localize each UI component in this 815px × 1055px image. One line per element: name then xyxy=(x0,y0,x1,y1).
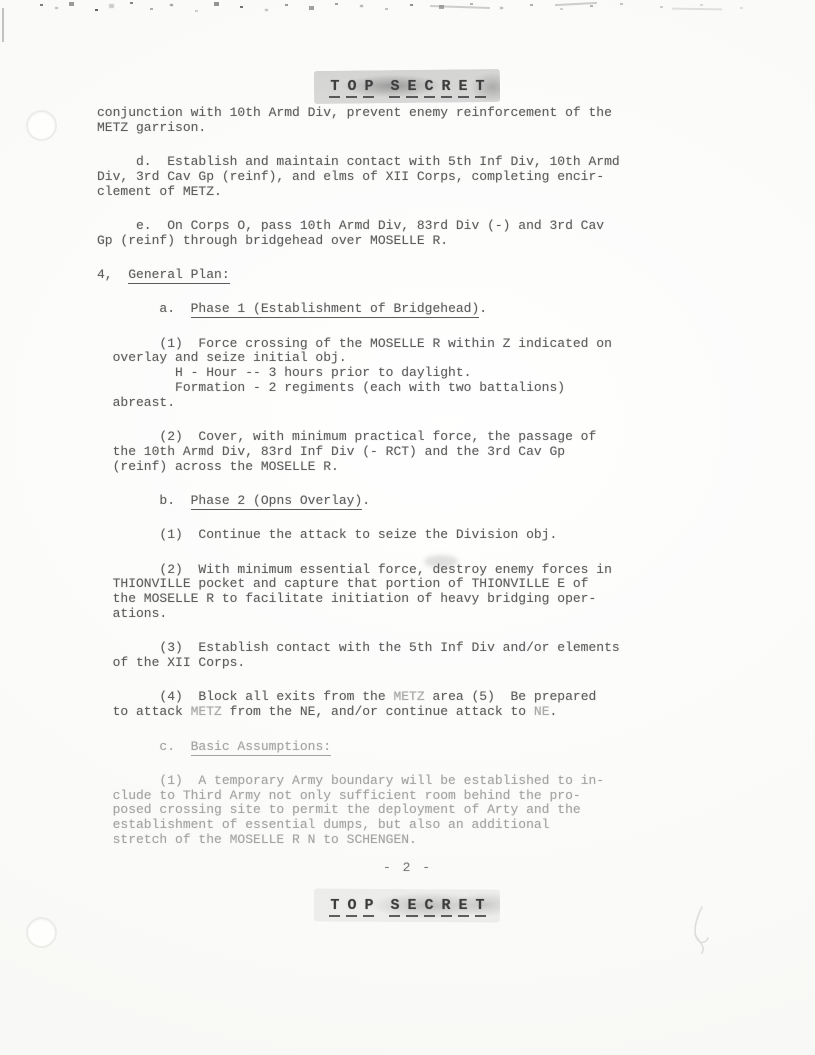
underlined-text: Phase 1 (Establishment of Bridgehead) xyxy=(191,301,480,318)
paragraph: (3) Establish contact with the 5th Inf D… xyxy=(97,641,620,671)
text-segment: . xyxy=(362,493,370,508)
text-line: establishment of essential dumps, but al… xyxy=(97,818,620,833)
text-line: the 10th Armd Div, 83rd Inf Div (- RCT) … xyxy=(97,445,620,460)
text-line: (3) Establish contact with the 5th Inf D… xyxy=(97,641,620,656)
text-line: b. Phase 2 (Opns Overlay). xyxy=(97,494,620,509)
text-line: (2) Cover, with minimum practical force,… xyxy=(97,430,620,445)
stamp-letter: E xyxy=(406,897,417,917)
text-line: Formation - 2 regiments (each with two b… xyxy=(97,381,620,396)
text-segment: b. xyxy=(97,493,191,508)
text-segment: (4) Block all exits from the xyxy=(97,689,393,704)
top-secret-stamp-top: TOPSECRET xyxy=(0,70,815,103)
text-line: conjunction with 10th Armd Div, prevent … xyxy=(97,106,620,121)
text-line: to attack METZ from the NE, and/or conti… xyxy=(97,705,620,720)
stamp-letter: R xyxy=(441,897,452,917)
underlined-text: General Plan: xyxy=(128,267,229,284)
text-line: clement of METZ. xyxy=(97,185,620,200)
scan-noise-dash xyxy=(672,8,722,11)
paragraph: (1) A temporary Army boundary will be es… xyxy=(97,774,620,848)
stamp-letter: E xyxy=(406,78,417,98)
paragraph: a. Phase 1 (Establishment of Bridgehead)… xyxy=(97,302,620,317)
stamp-letter: E xyxy=(458,897,469,917)
text-line: METZ garrison. xyxy=(97,121,620,136)
page-number: - 2 - xyxy=(0,860,815,875)
stamp-letter: T xyxy=(329,78,340,98)
text-line: c. Basic Assumptions: xyxy=(97,740,620,755)
classification-stamp-text: TOPSECRET xyxy=(314,70,500,103)
punch-hole xyxy=(26,110,57,141)
document-page: TOPSECRET conjunction with 10th Armd Div… xyxy=(0,0,815,1055)
text-line: posed crossing site to permit the deploy… xyxy=(97,803,620,818)
text-line: stretch of the MOSELLE R N to SCHENGEN. xyxy=(97,833,620,848)
stamp-letter: R xyxy=(441,78,452,98)
text-line: (1) Continue the attack to seize the Div… xyxy=(97,528,620,543)
document-body: conjunction with 10th Armd Div, prevent … xyxy=(97,106,620,848)
text-segment: METZ xyxy=(393,689,424,704)
classification-stamp-text: TOPSECRET xyxy=(314,889,500,922)
pencil-squiggle-icon xyxy=(686,905,720,957)
text-line: abreast. xyxy=(97,396,620,411)
stamp-letter: P xyxy=(363,897,374,917)
text-line: clude to Third Army not only sufficient … xyxy=(97,789,620,804)
text-line: THIONVILLE pocket and capture that porti… xyxy=(97,577,620,592)
text-line: Gp (reinf) through bridgehead over MOSEL… xyxy=(97,234,620,249)
stamp-letter: C xyxy=(424,78,435,98)
text-line: (4) Block all exits from the METZ area (… xyxy=(97,690,620,705)
paragraph: (1) Continue the attack to seize the Div… xyxy=(97,528,620,543)
text-line: ations. xyxy=(97,607,620,622)
text-line: (1) Force crossing of the MOSELLE R with… xyxy=(97,337,620,352)
scan-noise-dash xyxy=(555,2,597,6)
text-line: d. Establish and maintain contact with 5… xyxy=(97,155,620,170)
text-segment: c. xyxy=(97,739,191,754)
text-line: H - Hour -- 3 hours prior to daylight. xyxy=(97,366,620,381)
text-segment: 4, xyxy=(97,267,128,282)
text-segment: area (5) Be prepared xyxy=(425,689,597,704)
stamp-letter: C xyxy=(424,897,435,917)
text-line: overlay and seize initial obj. xyxy=(97,351,620,366)
text-line: (2) With minimum essential force, destro… xyxy=(97,563,620,578)
text-segment: from the NE, and/or continue attack to xyxy=(222,704,534,719)
text-segment: . xyxy=(550,704,558,719)
text-line: Div, 3rd Cav Gp (reinf), and elms of XII… xyxy=(97,170,620,185)
underlined-text: Phase 2 (Opns Overlay) xyxy=(191,493,363,510)
underlined-text: Basic Assumptions: xyxy=(191,739,331,756)
paragraph: c. Basic Assumptions: xyxy=(97,740,620,755)
text-segment: a. xyxy=(97,301,191,316)
paragraph: conjunction with 10th Armd Div, prevent … xyxy=(97,106,620,136)
scan-noise-dash xyxy=(430,5,490,9)
stamp-letter: T xyxy=(329,897,340,917)
text-line: e. On Corps O, pass 10th Armd Div, 83rd … xyxy=(97,219,620,234)
scan-scratch-left xyxy=(2,8,4,42)
stamp-letter: S xyxy=(389,897,400,917)
text-segment: METZ xyxy=(191,704,222,719)
text-segment: to attack xyxy=(97,704,191,719)
paragraph: (1) Force crossing of the MOSELLE R with… xyxy=(97,337,620,411)
text-line: of the XII Corps. xyxy=(97,656,620,671)
text-line: the MOSELLE R to facilitate initiation o… xyxy=(97,592,620,607)
text-line: (1) A temporary Army boundary will be es… xyxy=(97,774,620,789)
text-line: 4, General Plan: xyxy=(97,268,620,283)
stamp-letter: O xyxy=(346,78,357,98)
paragraph: 4, General Plan: xyxy=(97,268,620,283)
paragraph: (4) Block all exits from the METZ area (… xyxy=(97,690,620,720)
paragraph: (2) Cover, with minimum practical force,… xyxy=(97,430,620,474)
text-line: a. Phase 1 (Establishment of Bridgehead)… xyxy=(97,302,620,317)
paragraph: b. Phase 2 (Opns Overlay). xyxy=(97,494,620,509)
text-segment: NE xyxy=(534,704,550,719)
stamp-letter: T xyxy=(475,897,486,917)
scan-noise-top xyxy=(0,2,3,4)
stamp-letter: E xyxy=(458,78,469,98)
stamp-letter: S xyxy=(389,78,400,98)
stamp-letter: O xyxy=(346,897,357,917)
text-line: (reinf) across the MOSELLE R. xyxy=(97,460,620,475)
stamp-letter: T xyxy=(475,78,486,98)
paragraph: d. Establish and maintain contact with 5… xyxy=(97,155,620,199)
text-segment: . xyxy=(479,301,487,316)
stamp-letter: P xyxy=(363,78,374,98)
paragraph: e. On Corps O, pass 10th Armd Div, 83rd … xyxy=(97,219,620,249)
paragraph: (2) With minimum essential force, destro… xyxy=(97,563,620,622)
ink-smudge xyxy=(424,555,458,568)
